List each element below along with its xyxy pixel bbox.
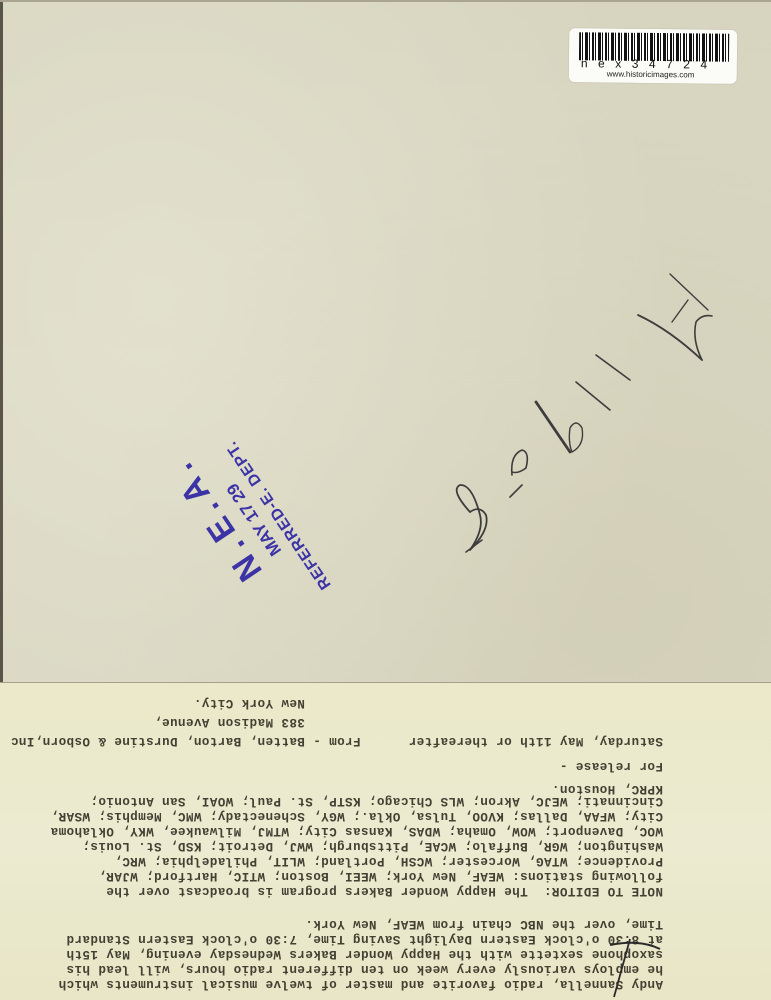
barcode-url: www.historicimages.com (607, 70, 695, 80)
barcode-sticker: nex34724 www.historicimages.com (569, 28, 738, 84)
release-line: NOTE TO EDITOR: The Happy Wonder Bakers … (106, 884, 663, 898)
pencil-handwriting (440, 260, 740, 560)
release-line: New York City. (194, 696, 664, 710)
paper-top-edge (0, 0, 771, 2)
release-line: saxophone sextette with the Happy Wonder… (66, 947, 663, 961)
release-line: Andy Sannella, radio favorite and master… (58, 977, 663, 991)
release-line: For release - (560, 759, 663, 773)
release-line: at 8:30 o'clock Eastern Daylight Saving … (66, 932, 663, 946)
release-line: 383 Madison Avenue, (154, 715, 663, 729)
release-line: Time, over the NBC chain from WEAF, New … (305, 917, 663, 931)
pencil-check-mark (600, 935, 670, 1000)
release-line: Washington; WGR, Buffalo; WCAE, Pittsbur… (82, 839, 663, 853)
release-line: Cincinnati; WEJC, Akron; WLS Chicago; KS… (90, 794, 663, 808)
release-line: KPRC, Houston. (552, 782, 663, 796)
release-line: WOC, Davenport; WOW, Omaha; WDAS, Kansas… (50, 824, 663, 838)
release-line: Providence; WTAG, Worcester; WCSH, Portl… (114, 854, 663, 868)
release-line: City; WFAA, Dallas; KVOO, Tulsa, Okla.; … (50, 809, 663, 823)
release-line: Saturday, May 11th or thereafter From - … (10, 734, 663, 748)
release-line: following stations: WEAF, New York; WEEI… (98, 869, 663, 883)
release-line: he employs variously every week on ten d… (66, 962, 663, 976)
